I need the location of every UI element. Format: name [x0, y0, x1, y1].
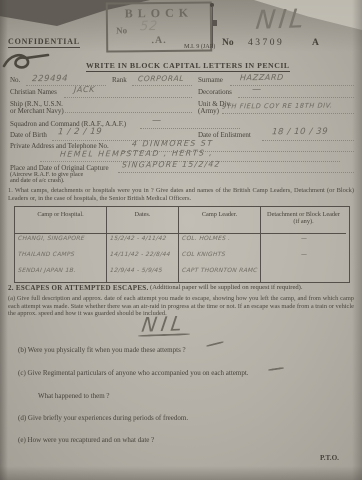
- question-2e-text: (e) How were you recaptured and on what …: [18, 436, 154, 444]
- stamp-pin-flag: [213, 20, 217, 26]
- table-row-1-camp: THAILAND CAMPS: [15, 250, 107, 266]
- table-row-0-leader: COL. HOLMES .: [179, 234, 261, 250]
- field-value-squadron: —: [152, 116, 162, 126]
- handwritten-detachment: —: [301, 236, 308, 242]
- field-line: [238, 96, 354, 98]
- camps-table-header-leader: Camp Leader.: [179, 207, 261, 234]
- field-label-surname: Surname: [198, 76, 223, 84]
- table-row-1-dates: 14/11/42 - 22/8/44: [107, 250, 179, 266]
- table-row-2-detachment: [261, 266, 346, 282]
- table-row-2-dates: 12/9/44 - 5/9/45: [107, 266, 179, 282]
- field-value-rank: CORPORAL: [138, 74, 185, 83]
- camps-table-header-detachment: Detachment or Block Leader (if any).: [261, 207, 346, 234]
- handwritten-dates: 14/11/42 - 22/8/44: [110, 252, 171, 258]
- field-value-date-of-enlistment: 18 / 10 / 39: [272, 127, 329, 137]
- table-row-0-camp: CHANGI, SINGAPORE: [15, 234, 107, 250]
- question-2b-text: (b) Were you physically fit when you mad…: [18, 346, 186, 354]
- pencil-mark-b: [206, 341, 224, 347]
- handwritten-camp: THAILAND CAMPS: [18, 252, 75, 258]
- field-value-unit: 9TH FIELD COY RE 18TH DIV.: [222, 102, 333, 111]
- field-line: [62, 111, 192, 113]
- form-series-letter: A: [312, 39, 319, 47]
- table-row-1-leader: COL KNIGHTS: [179, 250, 261, 266]
- pto-label: P.T.O.: [320, 454, 339, 462]
- camps-table: Camp or Hospital. Dates. Camp Leader. De…: [14, 206, 350, 283]
- field-line: [262, 139, 354, 141]
- scan-bottom-edge: [0, 466, 362, 480]
- staple-wire-icon: [2, 50, 50, 74]
- scanned-pow-form: BLOCK No 52 .A. NIL CONFIDENTIAL M.I. 9 …: [0, 0, 362, 480]
- section-2-heading-note: (Additional paper will be supplied on re…: [150, 284, 303, 292]
- field-line: [118, 171, 354, 173]
- field-value-surname: HAZZARD: [240, 73, 285, 82]
- mi9-ref-label: M.I. 9 (JAP): [184, 43, 215, 50]
- table-row-2-leader: CAPT THORNTON RAMC: [179, 266, 261, 282]
- field-value-capture: SINGAPORE 15/2/42: [122, 160, 221, 170]
- camps-table-header-camp: Camp or Hospital.: [15, 207, 107, 234]
- question-2c2-text: What happened to them ?: [38, 392, 110, 400]
- form-serial-number: 43709: [248, 39, 284, 47]
- field-label-capture-line3: and date of a/c crash).: [10, 177, 64, 184]
- field-line: [222, 112, 354, 114]
- camps-table-header-dates: Dates.: [107, 207, 179, 234]
- scan-right-edge: [352, 0, 362, 480]
- section-2-heading: 2. ESCAPES OR ATTEMPTED ESCAPES.: [8, 284, 149, 292]
- block-capitals-instruction: WRITE IN BLOCK CAPITAL LETTERS IN PENCIL: [86, 62, 290, 72]
- question-1-text: 1. What camps, detachments or hospitals …: [8, 187, 354, 202]
- table-row-0-dates: 15/2/42 - 4/11/42: [107, 234, 179, 250]
- field-label-ship-line2: or Merchant Navy): [10, 107, 64, 115]
- table-row-2-camp: SENDAI JAPAN 1B.: [15, 266, 107, 282]
- classification-label: CONFIDENTIAL: [8, 38, 80, 48]
- handwritten-leader: CAPT THORNTON RAMC: [182, 268, 258, 274]
- stamp-pin-line: [212, 6, 213, 48]
- form-no-label: No: [222, 39, 234, 47]
- field-value-address-line2: HEMEL HEMPSTEAD , HERTS ,: [60, 148, 214, 158]
- field-line: [64, 96, 192, 98]
- field-label-no: No.: [10, 76, 20, 84]
- stamp-title: BLOCK: [108, 5, 210, 21]
- question-2c-text: (c) Give Regimental particulars of anyon…: [18, 369, 249, 377]
- pencil-mark-c: [268, 367, 284, 371]
- field-value-decorations: —: [252, 85, 262, 95]
- handwritten-camp: SENDAI JAPAN 1B.: [18, 268, 76, 274]
- field-value-christian-names: JACK: [74, 85, 96, 94]
- question-2d-text: (d) Give briefly your experiences during…: [18, 414, 188, 422]
- pencil-nil-annotation: NIL: [254, 4, 308, 36]
- table-row-0-detachment: —: [261, 234, 346, 250]
- field-line: [230, 84, 354, 86]
- handwritten-leader: COL KNIGHTS: [182, 252, 226, 258]
- field-value-no: 229494: [32, 74, 69, 84]
- handwritten-dates: 15/2/42 - 4/11/42: [110, 236, 167, 242]
- field-label-rank: Rank: [112, 76, 127, 84]
- handwritten-dates: 12/9/44 - 5/9/45: [110, 268, 163, 274]
- field-line: [140, 127, 240, 129]
- field-label-date-of-birth: Date of Birth: [10, 131, 47, 139]
- field-label-christian-names: Christian Names: [10, 88, 57, 96]
- table-row-1-detachment: —: [261, 250, 346, 266]
- handwritten-detachment: —: [301, 252, 308, 258]
- stamp-no-handwritten: 52: [139, 19, 158, 34]
- handwritten-camp: CHANGI, SINGAPORE: [18, 236, 85, 242]
- stamp-no-label: No: [116, 25, 127, 35]
- field-value-address-line1: 4 DINMORES ST: [132, 139, 214, 149]
- field-line: [132, 84, 192, 86]
- handwritten-leader: COL. HOLMES .: [182, 236, 231, 242]
- field-label-decorations: Decorations: [198, 88, 232, 96]
- field-value-date-of-birth: 1 / 2 / 19: [58, 127, 103, 137]
- field-label-unit-line2: (Army): [198, 107, 219, 115]
